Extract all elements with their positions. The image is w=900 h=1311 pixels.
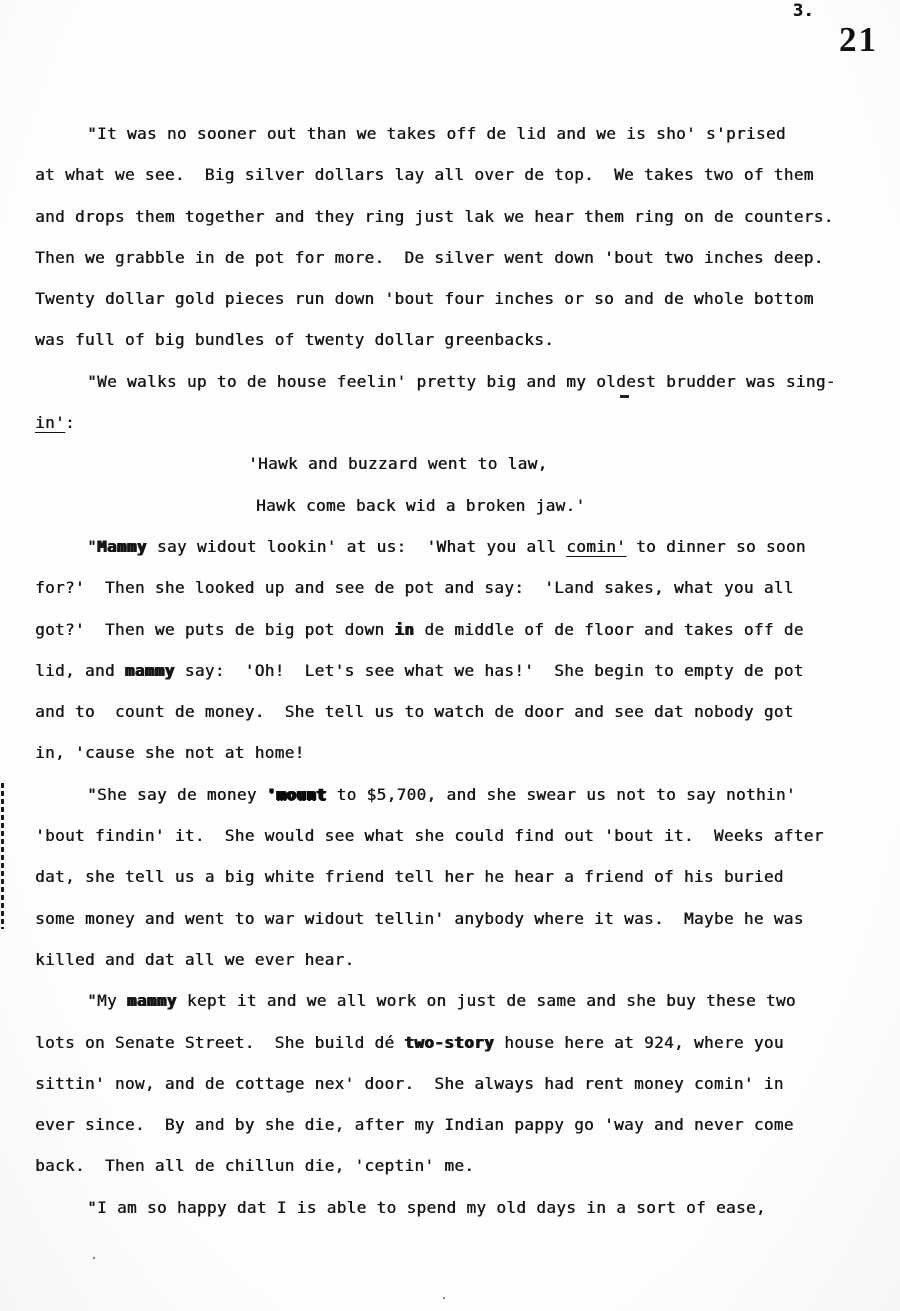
text-line: killed and dat all we ever hear. — [35, 939, 865, 980]
text-line: Twenty dollar gold pieces run down 'bout… — [35, 278, 865, 319]
text-line: at what we see. Big silver dollars lay a… — [35, 154, 865, 195]
overstruck-text: mammy — [125, 661, 175, 680]
verse: 'Hawk and buzzard went to law,Hawk come … — [35, 443, 865, 526]
text-line: dat, she tell us a big white friend tell… — [35, 856, 865, 897]
text-segment: got?' Then we puts de big pot down — [35, 620, 394, 639]
overstruck-text: two-story — [404, 1033, 494, 1052]
text-segment: "It was no sooner out than we takes off … — [87, 124, 786, 143]
text-segment: : — [65, 413, 75, 432]
text-segment: "We walks up to de house feelin' pretty … — [87, 372, 836, 391]
overstruck-text: Mammy — [97, 537, 147, 556]
text-segment: say: 'Oh! Let's see what we has!' She be… — [175, 661, 804, 680]
text-line: in': — [35, 402, 865, 443]
text-segment: in, 'cause she not at home! — [35, 743, 305, 762]
text-segment: "My — [87, 991, 127, 1010]
underline-text: in' — [35, 413, 65, 432]
paragraph-2: "We walks up to de house feelin' pretty … — [35, 361, 865, 444]
text-segment: for?' Then she looked up and see de pot … — [35, 578, 794, 597]
text-segment: house here at 924, where you — [494, 1033, 784, 1052]
text-segment: "I am so happy dat I is able to spend my… — [87, 1198, 766, 1217]
text-segment: to $5,700, and she swear us not to say n… — [327, 785, 796, 804]
stamped-page-number: 21 — [839, 20, 878, 60]
text-line: "Mammy say widout lookin' at us: 'What y… — [35, 526, 865, 567]
text-segment: lots on Senate Street. She build dé — [35, 1033, 404, 1052]
blot-text: 'mount — [267, 785, 327, 804]
text-segment: and drops them together and they ring ju… — [35, 207, 834, 226]
text-segment: Then we grabble in de pot for more. De s… — [35, 248, 824, 267]
text-line: and drops them together and they ring ju… — [35, 196, 865, 237]
text-segment: 'bout findin' it. She would see what she… — [35, 826, 824, 845]
text-line: Then we grabble in de pot for more. De s… — [35, 237, 865, 278]
stray-typed-dash — [620, 395, 629, 398]
text-segment: " — [87, 537, 97, 556]
paragraph-4: "She say de money 'mount to $5,700, and … — [35, 774, 865, 980]
text-line: was full of big bundles of twenty dollar… — [35, 319, 865, 360]
text-segment: killed and dat all we ever hear. — [35, 950, 354, 969]
text-segment: sittin' now, and de cottage nex' door. S… — [35, 1074, 784, 1093]
typed-page-number: 3. — [793, 1, 814, 21]
text-segment: say widout lookin' at us: 'What you all — [147, 537, 566, 556]
text-segment: ever since. By and by she die, after my … — [35, 1115, 794, 1134]
left-margin-scan-mark — [1, 783, 4, 929]
text-line: back. Then all de chillun die, 'ceptin' … — [35, 1145, 865, 1186]
text-line: "My mammy kept it and we all work on jus… — [35, 980, 865, 1021]
scan-speck — [93, 1257, 95, 1259]
text-line: "It was no sooner out than we takes off … — [35, 113, 865, 154]
text-line: lots on Senate Street. She build dé two-… — [35, 1022, 865, 1063]
document-body: "It was no sooner out than we takes off … — [35, 113, 865, 1228]
text-segment: back. Then all de chillun die, 'ceptin' … — [35, 1156, 474, 1175]
text-segment: was full of big bundles of twenty dollar… — [35, 330, 554, 349]
text-line: ever since. By and by she die, after my … — [35, 1104, 865, 1145]
text-segment: at what we see. Big silver dollars lay a… — [35, 165, 814, 184]
text-segment: Twenty dollar gold pieces run down 'bout… — [35, 289, 814, 308]
text-segment: de middle of de floor and takes off de — [414, 620, 803, 639]
paragraph-5: "My mammy kept it and we all work on jus… — [35, 980, 865, 1186]
text-line: sittin' now, and de cottage nex' door. S… — [35, 1063, 865, 1104]
text-segment: 'Hawk and buzzard went to law, — [248, 454, 547, 473]
text-segment: some money and went to war widout tellin… — [35, 909, 804, 928]
scan-speck — [443, 1297, 445, 1299]
text-line: in, 'cause she not at home! — [35, 732, 865, 773]
overstruck-text: mammy — [127, 991, 177, 1010]
text-line: and to count de money. She tell us to wa… — [35, 691, 865, 732]
text-line: Hawk come back wid a broken jaw.' — [35, 485, 865, 526]
text-segment: to dinner so soon — [626, 537, 806, 556]
underline-text: comin' — [566, 537, 626, 556]
scanned-document-page: 3. 21 "It was no sooner out than we take… — [0, 0, 900, 1311]
paragraph-1: "It was no sooner out than we takes off … — [35, 113, 865, 361]
text-line: some money and went to war widout tellin… — [35, 898, 865, 939]
text-segment: dat, she tell us a big white friend tell… — [35, 867, 784, 886]
text-segment: "She say de money — [87, 785, 267, 804]
text-line: 'bout findin' it. She would see what she… — [35, 815, 865, 856]
text-segment: and to count de money. She tell us to wa… — [35, 702, 794, 721]
text-line: for?' Then she looked up and see de pot … — [35, 567, 865, 608]
text-line: lid, and mammy say: 'Oh! Let's see what … — [35, 650, 865, 691]
text-line: "She say de money 'mount to $5,700, and … — [35, 774, 865, 815]
text-segment: kept it and we all work on just de same … — [177, 991, 796, 1010]
paragraph-3: "Mammy say widout lookin' at us: 'What y… — [35, 526, 865, 774]
paragraph-6: "I am so happy dat I is able to spend my… — [35, 1187, 865, 1228]
text-segment: lid, and — [35, 661, 125, 680]
overstruck-text: in — [394, 620, 414, 639]
text-line: 'Hawk and buzzard went to law, — [35, 443, 865, 484]
text-segment: Hawk come back wid a broken jaw.' — [256, 496, 585, 515]
text-line: got?' Then we puts de big pot down in de… — [35, 609, 865, 650]
text-line: "We walks up to de house feelin' pretty … — [35, 361, 865, 402]
text-line: "I am so happy dat I is able to spend my… — [35, 1187, 865, 1228]
